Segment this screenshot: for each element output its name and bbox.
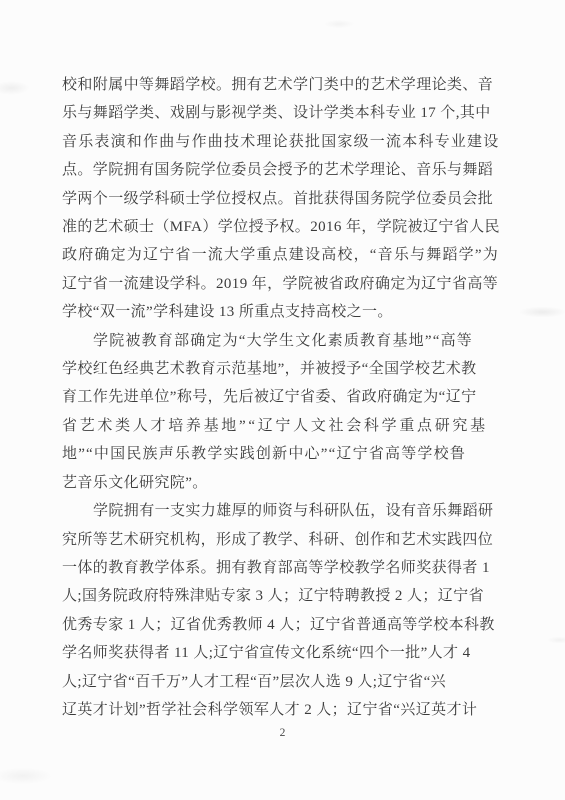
text-line: 究所等艺术研究机构，形成了教学、科研、创作和艺术实践四位	[62, 526, 508, 554]
text-line: 优秀专家 1 人；辽省优秀教师 4 人；辽宁省普通高等学校本科教	[62, 611, 508, 639]
text-line: 校和附属中等舞蹈学校。拥有艺术学门类中的艺术学理论类、音	[62, 71, 508, 99]
text-line: 省艺术类人才培养基地”“辽宁人文社会科学重点研究基	[62, 412, 508, 440]
document-page: 校和附属中等舞蹈学校。拥有艺术学门类中的艺术学理论类、音乐与舞蹈学类、戏剧与影视…	[0, 0, 565, 800]
text-line: 学校“双一流”学科建设 13 所重点支持高校之一。	[62, 298, 508, 326]
text-line: 人;国务院政府特殊津贴专家 3 人；辽宁特聘教授 2 人；辽宁省	[62, 582, 508, 610]
page-number: 2	[0, 724, 565, 742]
text-line: 学名师奖获得者 11 人;辽宁省宣传文化系统“四个一批”人才 4	[62, 639, 508, 667]
text-line: 乐与舞蹈学类、戏剧与影视学类、设计学类本科专业 17 个,其中	[62, 99, 508, 127]
text-line: 辽英才计划”哲学社会科学领军人才 2 人；辽宁省“兴辽英才计	[62, 696, 508, 724]
text-line: 人;辽宁省“百千万”人才工程“百”层次人选 9 人;辽宁省“兴	[62, 668, 508, 696]
text-line: 准的艺术硕士（MFA）学位授予权。2016 年，学院被辽宁省人民	[62, 213, 508, 241]
text-line: 学两个一级学科硕士学位授权点。首批获得国务院学位委员会批	[62, 185, 508, 213]
text-line: 学院拥有一支实力雄厚的师资与科研队伍，设有音乐舞蹈研	[62, 497, 508, 525]
text-line: 学院被教育部确定为“大学生文化素质教育基地”“高等	[62, 327, 508, 355]
text-line: 学校红色经典艺术教育示范基地”，并被授予“全国学校艺术教	[62, 355, 508, 383]
text-line: 点。学院拥有国务院学位委员会授予的艺术学理论、音乐与舞蹈	[62, 156, 508, 184]
text-line: 艺音乐文化研究院”。	[62, 469, 508, 497]
text-line: 地”“中国民族声乐教学实践创新中心”“辽宁省高等学校鲁	[62, 440, 508, 468]
text-line: 政府确定为辽宁省一流大学重点建设高校，“音乐与舞蹈学”为	[62, 241, 508, 269]
text-line: 辽宁省一流建设学科。2019 年，学院被省政府确定为辽宁省高等	[62, 270, 508, 298]
text-line: 音乐表演和作曲与作曲技术理论获批国家级一流本科专业建设	[62, 128, 508, 156]
text-line: 育工作先进单位”称号，先后被辽宁省委、省政府确定为“辽宁	[62, 383, 508, 411]
text-line: 一体的教育教学体系。拥有教育部高等学校教学名师奖获得者 1	[62, 554, 508, 582]
page-body: 校和附属中等舞蹈学校。拥有艺术学门类中的艺术学理论类、音乐与舞蹈学类、戏剧与影视…	[62, 71, 508, 724]
